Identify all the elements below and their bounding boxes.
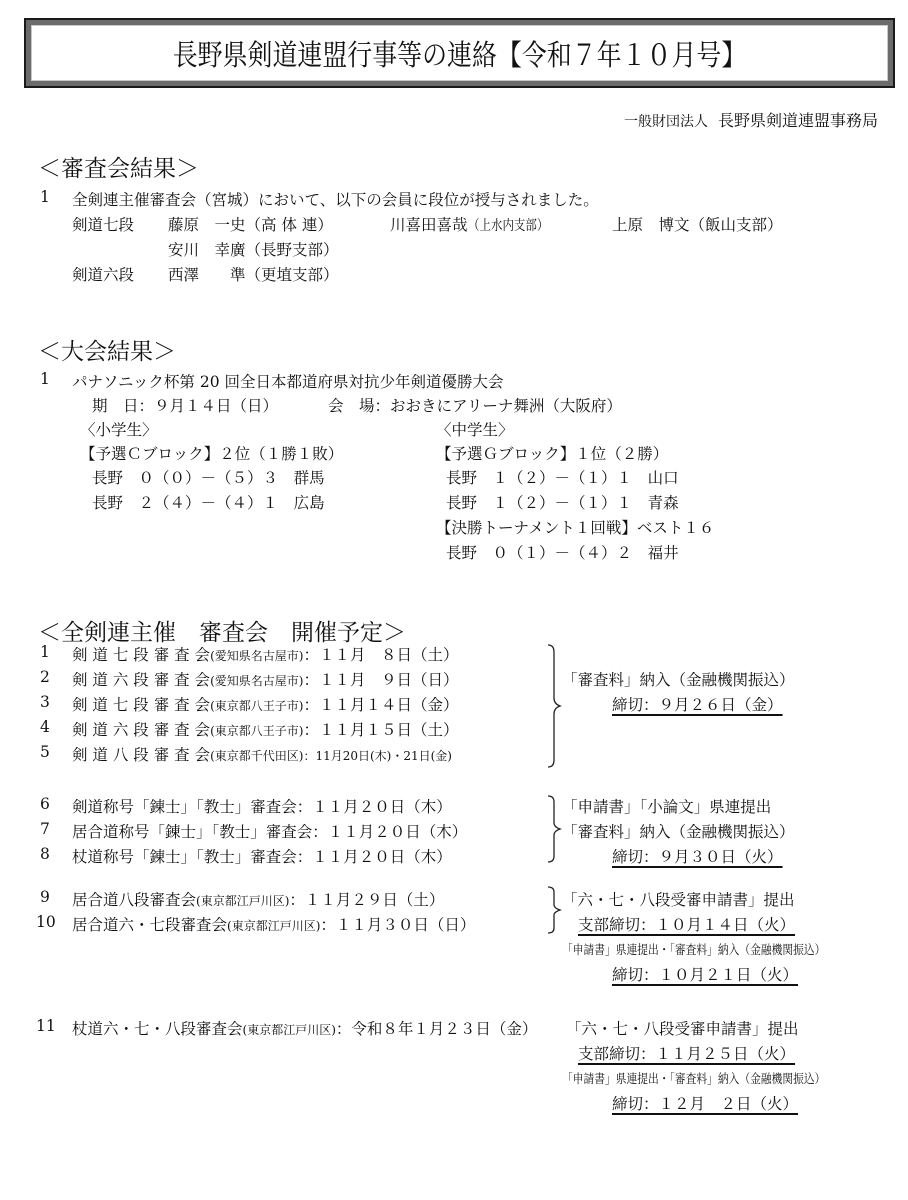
junior-high-label: 〈中学生〉 [436, 418, 514, 440]
right-brace-icon [546, 886, 562, 934]
member-name: 藤原 一史（高 体 連） [168, 213, 333, 235]
deadline: 締切：１２月 ２日（火） [612, 1092, 798, 1114]
tournament-venue: 会 場：おおきにアリーナ舞洲（大阪府） [328, 394, 622, 416]
schedule-item: 剣 道 六 段 審 査 会(愛知県名古屋市)：１１月 ９日（日） [72, 668, 458, 690]
member-name: 上原 博文（飯山支部） [612, 213, 783, 235]
schedule-item: 剣 道 八 段 審 査 会(東京都千代田区)：11月20日(木)・21日(金) [72, 743, 452, 765]
schedule-item: 剣 道 七 段 審 査 会(東京都八王子市)：１１月１４日（金） [72, 693, 458, 715]
item-number: 7 [40, 820, 50, 838]
right-brace-icon [546, 795, 562, 863]
item-number: 6 [40, 795, 50, 813]
tournament-name: パナソニック杯第 20 回全日本都道府県対抗少年剣道優勝大会 [72, 370, 504, 392]
right-brace-icon [546, 644, 562, 768]
elementary-block: 【予選Ｃブロック】２位（１勝１敗） [80, 442, 343, 464]
title-box: 長野県剣道連盟行事等の連絡【令和７年１０月号】 [24, 18, 895, 88]
branch-deadline: 支部締切：１０月１４日（火） [578, 913, 795, 935]
match-row: 長野 １（２）－（１）１ 山口 [446, 466, 679, 488]
item-number: 1 [40, 643, 50, 661]
tournament-date: 期 日：９月１４日（日） [92, 394, 278, 416]
exam-results-heading: ＜審査会結果＞ [38, 150, 199, 183]
member-name: 川喜田喜哉（上水内支部） [390, 213, 566, 235]
page-title: 長野県剣道連盟行事等の連絡【令和７年１０月号】 [173, 33, 747, 74]
org-name: 長野県剣道連盟事務局 [718, 111, 878, 130]
deadline: 締切：１０月２１日（火） [612, 963, 798, 985]
schedule-item: 剣道称号「錬士」「教士」審査会：１１月２０日（木） [72, 795, 452, 817]
item-number: 11 [36, 1017, 56, 1035]
submission-fee-note: 「申請書」県連提出・「審査料」納入（金融機関振込） [562, 1069, 825, 1087]
match-row: 長野 ２（４）－（４）１ 広島 [92, 491, 325, 513]
match-row: 長野 ０（１）－（４）２ 福井 [446, 541, 679, 563]
application-note: 「六・七・八段受審申請書」提出 [562, 888, 795, 910]
org-prefix: 一般財団法人 [624, 114, 708, 130]
rank-label-6dan: 剣道六段 [72, 263, 134, 285]
application-note: 「六・七・八段受審申請書」提出 [566, 1017, 799, 1039]
junior-high-tournament: 【決勝トーナメント１回戦】ベスト１６ [436, 516, 714, 538]
fee-note: 「審査料」納入（金融機関振込） [562, 668, 795, 690]
item-number: 10 [36, 913, 56, 931]
item-number: 8 [40, 845, 50, 863]
member-name: 安川 幸廣（長野支部） [168, 238, 339, 260]
fee-note: 「審査料」納入（金融機関振込） [562, 820, 795, 842]
tournament-item-number: 1 [40, 370, 50, 388]
item-number: 4 [40, 718, 50, 736]
match-row: 長野 ０（０）－（５）３ 群馬 [92, 466, 325, 488]
member-name: 西澤 準（更埴支部） [168, 263, 339, 285]
schedule-item: 剣 道 七 段 審 査 会(愛知県名古屋市)：１１月 ８日（土） [72, 643, 458, 665]
title-inner: 長野県剣道連盟行事等の連絡【令和７年１０月号】 [31, 25, 888, 81]
schedule-item: 剣 道 六 段 審 査 会(東京都八王子市)：１１月１５日（土） [72, 718, 458, 740]
elementary-label: 〈小学生〉 [80, 418, 158, 440]
schedule-item: 居合道八段審査会(東京都江戸川区)：１１月２９日（土） [72, 888, 444, 910]
item-number: 5 [40, 743, 50, 761]
rank-label-7dan: 剣道七段 [72, 213, 134, 235]
schedule-item: 居合道称号「錬士」「教士」審査会：１１月２０日（木） [72, 820, 467, 842]
deadline: 締切：９月３０日（火） [612, 845, 783, 867]
tournament-results-heading: ＜大会結果＞ [38, 333, 176, 366]
match-row: 長野 １（２）－（１）１ 青森 [446, 491, 679, 513]
submission-fee-note: 「申請書」県連提出・「審査料」納入（金融機関振込） [562, 940, 825, 958]
submission-note: 「申請書」「小論文」県連提出 [562, 795, 771, 817]
item-number: 3 [40, 693, 50, 711]
schedule-item: 居合道六・七段審査会(東京都江戸川区)：１１月３０日（日） [72, 913, 475, 935]
exam-intro: 全剣連主催審査会（宮城）において、以下の会員に段位が授与されました。 [72, 188, 599, 210]
schedule-item: 杖道称号「錬士」「教士」審査会：１１月２０日（木） [72, 845, 452, 867]
organization: 一般財団法人長野県剣道連盟事務局 [624, 108, 878, 131]
item-number: 2 [40, 668, 50, 686]
branch-deadline: 支部締切：１１月２５日（火） [578, 1042, 795, 1064]
item-number: 9 [40, 888, 50, 906]
deadline: 締切：９月２６日（金） [612, 693, 783, 715]
schedule-item: 杖道六・七・八段審査会(東京都江戸川区)：令和８年１月２３日（金） [72, 1017, 537, 1039]
exam-item-number: 1 [40, 188, 50, 206]
junior-high-block: 【予選Ｇブロック】１位（２勝） [436, 442, 668, 464]
